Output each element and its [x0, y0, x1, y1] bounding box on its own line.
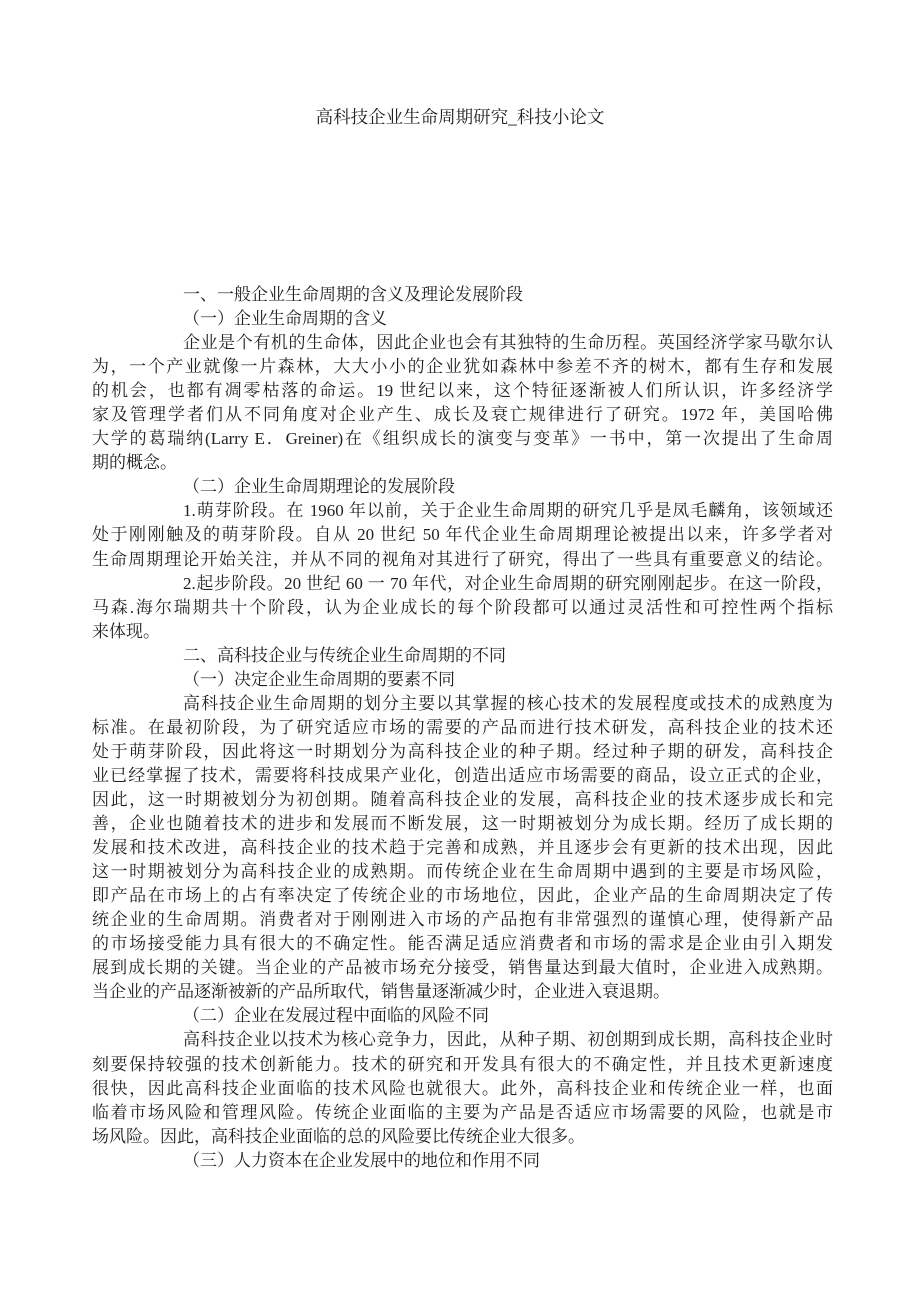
text-line: 因此，这一时期被划分为初创期。随着高科技企业的发展，高科技企业的技术逐步成长和完	[92, 788, 833, 812]
text-line: 大学的葛瑞纳(Larry E．Greiner)在《组织成长的演变与变革》一书中，…	[92, 427, 833, 451]
text-line: 业已经掌握了技术，需要将科技成果产业化，创造出适应市场需要的商品，设立正式的企业…	[92, 764, 833, 788]
text-line: 处于刚刚触及的萌芽阶段。自从 20 世纪 50 年代企业生命周期理论被提出以来，…	[92, 523, 833, 547]
heading-line: （一）决定企业生命周期的要素不同	[92, 668, 833, 692]
text-line: 统企业的生命周期。消费者对于刚刚进入市场的产品抱有非常强烈的谨慎心理，使得新产品	[92, 908, 833, 932]
heading-line: 二、高科技企业与传统企业生命周期的不同	[92, 644, 833, 668]
heading-line: 一、一般企业生命周期的含义及理论发展阶段	[92, 283, 833, 307]
text-line: 的机会，也都有凋零枯落的命运。19 世纪以来，这个特征逐渐被人们所认识，许多经济…	[92, 379, 833, 403]
text-line: 1.萌芽阶段。在 1960 年以前，关于企业生命周期的研究几乎是凤毛麟角，该领域…	[92, 499, 833, 523]
text-line: 很快，因此高科技企业面临的技术风险也就很大。此外，高科技企业和传统企业一样，也面	[92, 1077, 833, 1101]
text-line: 的市场接受能力具有很大的不确定性。能否满足适应消费者和市场的需求是企业由引入期发	[92, 932, 833, 956]
heading-line: （二）企业生命周期理论的发展阶段	[92, 475, 833, 499]
text-line: 马森.海尔瑞期共十个阶段，认为企业成长的每个阶段都可以通过灵活性和可控性两个指标	[92, 596, 833, 620]
text-line: 临着市场风险和管理风险。传统企业面临的主要为产品是否适应市场需要的风险，也就是市	[92, 1101, 833, 1125]
text-line: 家及管理学者们从不同角度对企业产生、成长及衰亡规律进行了研究。1972 年，美国…	[92, 403, 833, 427]
text-line: 企业是个有机的生命体，因此企业也会有其独特的生命历程。英国经济学家马歇尔认	[92, 331, 833, 355]
heading-line: （一）企业生命周期的含义	[92, 307, 833, 331]
document-title: 高科技企业生命周期研究_科技小论文	[0, 105, 920, 129]
text-line: 2.起步阶段。20 世纪 60 一 70 年代，对企业生命周期的研究刚刚起步。在…	[92, 572, 833, 596]
text-line: 高科技企业以技术为核心竞争力，因此，从种子期、初创期到成长期，高科技企业时	[92, 1028, 833, 1052]
text-line: 处于萌芽阶段，因此将这一时期划分为高科技企业的种子期。经过种子期的研发，高科技企	[92, 740, 833, 764]
text-line: 即产品在市场上的占有率决定了传统企业的市场地位，因此，企业产品的生命周期决定了传	[92, 884, 833, 908]
text-line: 标准。在最初阶段，为了研究适应市场的需要的产品而进行技术研发，高科技企业的技术还	[92, 716, 833, 740]
text-line: 展到成长期的关键。当企业的产品被市场充分接受，销售量达到最大值时，企业进入成熟期…	[92, 956, 833, 980]
heading-line: （二）企业在发展过程中面临的风险不同	[92, 1004, 833, 1028]
text-line: 发展和技术改进，高科技企业的技术趋于完善和成熟，并且逐步会有更新的技术出现，因此	[92, 836, 833, 860]
text-line: 高科技企业生命周期的划分主要以其掌握的核心技术的发展程度或技术的成熟度为	[92, 692, 833, 716]
document-body: 一、一般企业生命周期的含义及理论发展阶段 （一）企业生命周期的含义 企业是个有机…	[92, 283, 833, 1173]
text-line: 为，一个产业就像一片森林，大大小小的企业犹如森林中参差不齐的树木，都有生存和发展	[92, 355, 833, 379]
document-page: 高科技企业生命周期研究_科技小论文 一、一般企业生命周期的含义及理论发展阶段 （…	[0, 0, 920, 1302]
text-line: 期的概念。	[92, 451, 833, 475]
text-line: 善，企业也随着技术的进步和发展而不断发展，这一时期被划分为成长期。经历了成长期的	[92, 812, 833, 836]
text-line: 来体现。	[92, 620, 833, 644]
text-line: 这一时期被划分为高科技企业的成熟期。而传统企业在生命周期中遇到的主要是市场风险，	[92, 860, 833, 884]
text-line: 当企业的产品逐渐被新的产品所取代，销售量逐渐减少时，企业进入衰退期。	[92, 980, 833, 1004]
heading-line: （三）人力资本在企业发展中的地位和作用不同	[92, 1149, 833, 1173]
text-line: 场风险。因此，高科技企业面临的总的风险要比传统企业大很多。	[92, 1125, 833, 1149]
text-line: 刻要保持较强的技术创新能力。技术的研究和开发具有很大的不确定性，并且技术更新速度	[92, 1053, 833, 1077]
text-line: 生命周期理论开始关注，并从不同的视角对其进行了研究，得出了一些具有重要意义的结论…	[92, 548, 833, 572]
